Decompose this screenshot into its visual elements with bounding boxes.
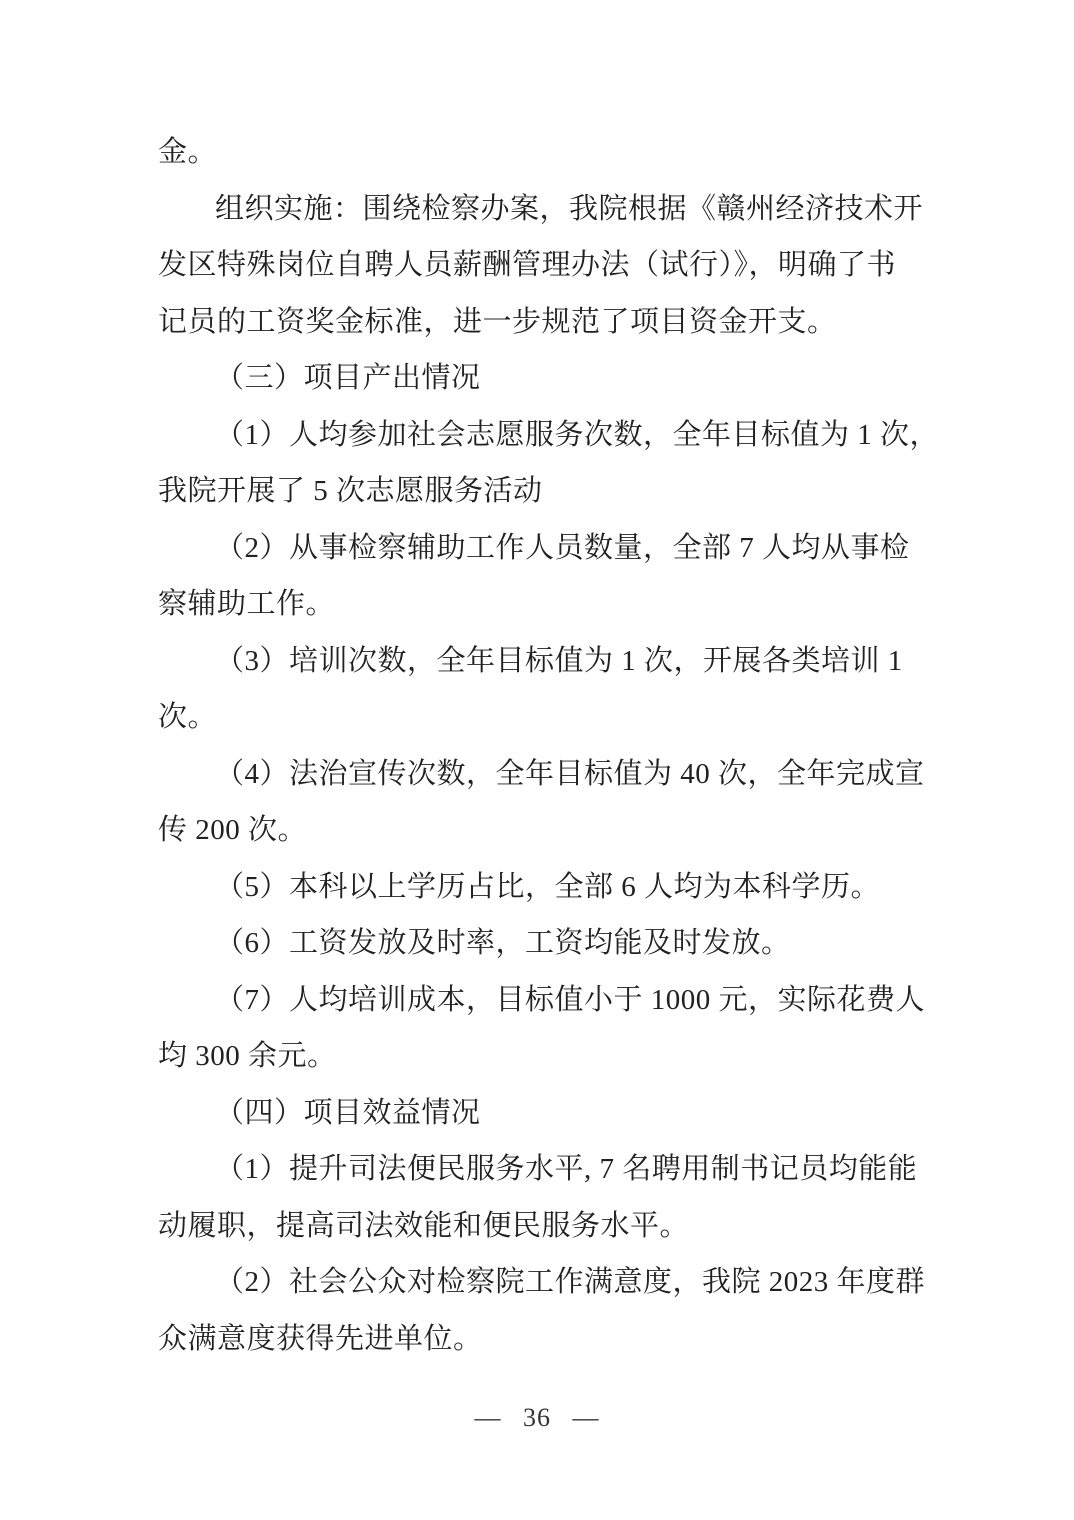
text-line: 记员的工资奖金标准，进一步规范了项目资金开支。 [158, 294, 918, 351]
text-line: （1）人均参加社会志愿服务次数，全年目标值为 1 次， [158, 407, 918, 464]
text-line: 发区特殊岗位自聘人员薪酬管理办法（试行）》，明确了书 [158, 237, 918, 294]
text-line: （2）社会公众对检察院工作满意度，我院 2023 年度群 [158, 1254, 918, 1311]
text-line: （1）提升司法便民服务水平, 7 名聘用制书记员均能能 [158, 1141, 918, 1198]
document-page: 金。组织实施：围绕检察办案，我院根据《赣州经济技术开发区特殊岗位自聘人员薪酬管理… [0, 0, 1074, 1520]
text-line: 组织实施：围绕检察办案，我院根据《赣州经济技术开 [158, 181, 918, 238]
text-line: （3）培训次数，全年目标值为 1 次，开展各类培训 1 [158, 633, 918, 690]
text-line: （7）人均培训成本，目标值小于 1000 元，实际花费人 [158, 972, 918, 1029]
page-number: — 36 — [475, 1403, 600, 1432]
text-line: （5）本科以上学历占比，全部 6 人均为本科学历。 [158, 859, 918, 916]
text-line: 察辅助工作。 [158, 576, 918, 633]
text-line: 金。 [158, 124, 918, 181]
text-line: （6）工资发放及时率，工资均能及时发放。 [158, 915, 918, 972]
text-line: 众满意度获得先进单位。 [158, 1311, 918, 1368]
page-footer: — 36 — [0, 1398, 1074, 1438]
text-line: 次。 [158, 689, 918, 746]
text-line: （三）项目产出情况 [158, 350, 918, 407]
text-line: 传 200 次。 [158, 802, 918, 859]
text-line: （四）项目效益情况 [158, 1085, 918, 1142]
document-body: 金。组织实施：围绕检察办案，我院根据《赣州经济技术开发区特殊岗位自聘人员薪酬管理… [158, 124, 918, 1367]
text-line: （2）从事检察辅助工作人员数量，全部 7 人均从事检 [158, 520, 918, 577]
text-line: （4）法治宣传次数，全年目标值为 40 次，全年完成宣 [158, 746, 918, 803]
text-line: 均 300 余元。 [158, 1028, 918, 1085]
text-line: 动履职，提高司法效能和便民服务水平。 [158, 1198, 918, 1255]
text-line: 我院开展了 5 次志愿服务活动 [158, 463, 918, 520]
